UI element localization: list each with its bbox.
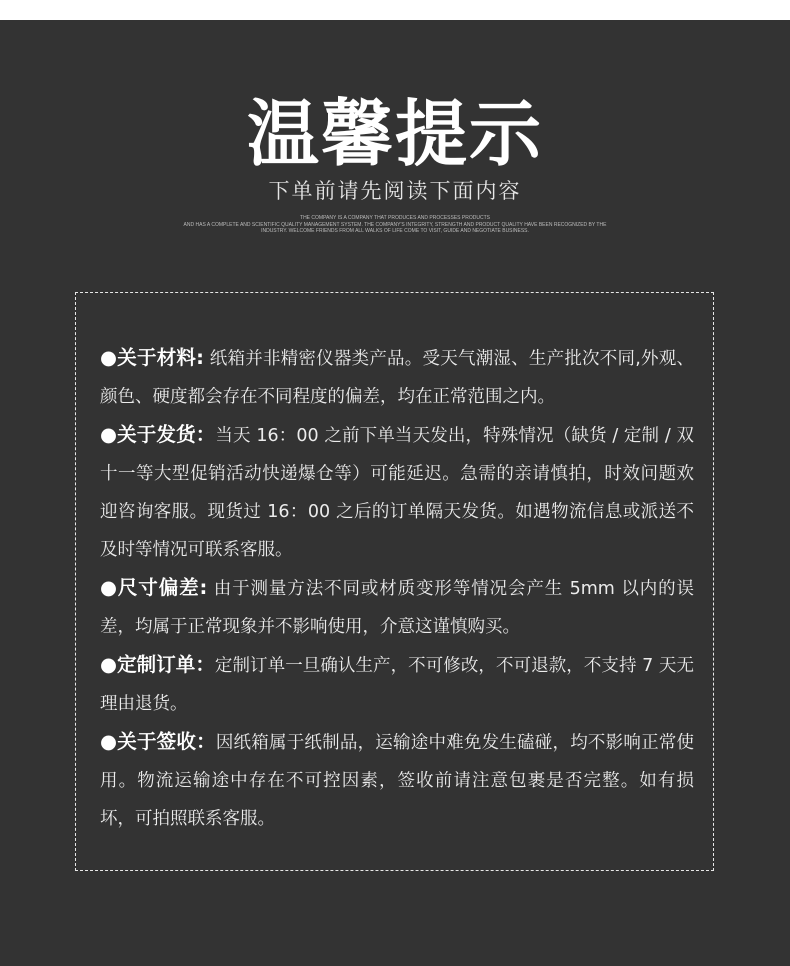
notice-heading: ●定制订单： (100, 653, 215, 676)
page-subtitle: 下单前请先阅读下面内容 (0, 176, 790, 206)
top-white-band (0, 0, 790, 20)
fine-print-line: INDUSTRY. WELCOME FRIENDS FROM ALL WALKS… (0, 228, 790, 235)
page-title: 温馨提示 (0, 92, 790, 176)
notice-materials: ●关于材料: 纸箱并非精密仪器类产品。受天气潮湿、生产批次不同,外观、颜色、硬度… (100, 339, 694, 416)
notice-body: 当天 16：00 之前下单当天发出，特殊情况（缺货 / 定制 / 双十一等大型促… (100, 426, 694, 560)
notice-shipping: ●关于发货：当天 16：00 之前下单当天发出，特殊情况（缺货 / 定制 / 双… (100, 416, 694, 569)
notice-receipt: ●关于签收：因纸箱属于纸制品，运输途中难免发生磕碰，均不影响正常使用。物流运输途… (100, 723, 694, 838)
notice-custom-orders: ●定制订单：定制订单一旦确认生产，不可修改，不可退款，不支持 7 天无理由退货。 (100, 646, 694, 723)
notice-heading: ●关于材料: (100, 346, 204, 369)
notice-size-deviation: ●尺寸偏差: 由于测量方法不同或材质变形等情况会产生 5mm 以内的误差，均属于… (100, 569, 694, 646)
fine-print: THE COMPANY IS A COMPANY THAT PRODUCES A… (0, 215, 790, 235)
notice-heading: ●关于发货： (100, 423, 215, 446)
notice-heading: ●关于签收： (100, 730, 216, 753)
notice-heading: ●尺寸偏差: (100, 576, 207, 599)
notice-list: ●关于材料: 纸箱并非精密仪器类产品。受天气潮湿、生产批次不同,外观、颜色、硬度… (100, 339, 694, 838)
